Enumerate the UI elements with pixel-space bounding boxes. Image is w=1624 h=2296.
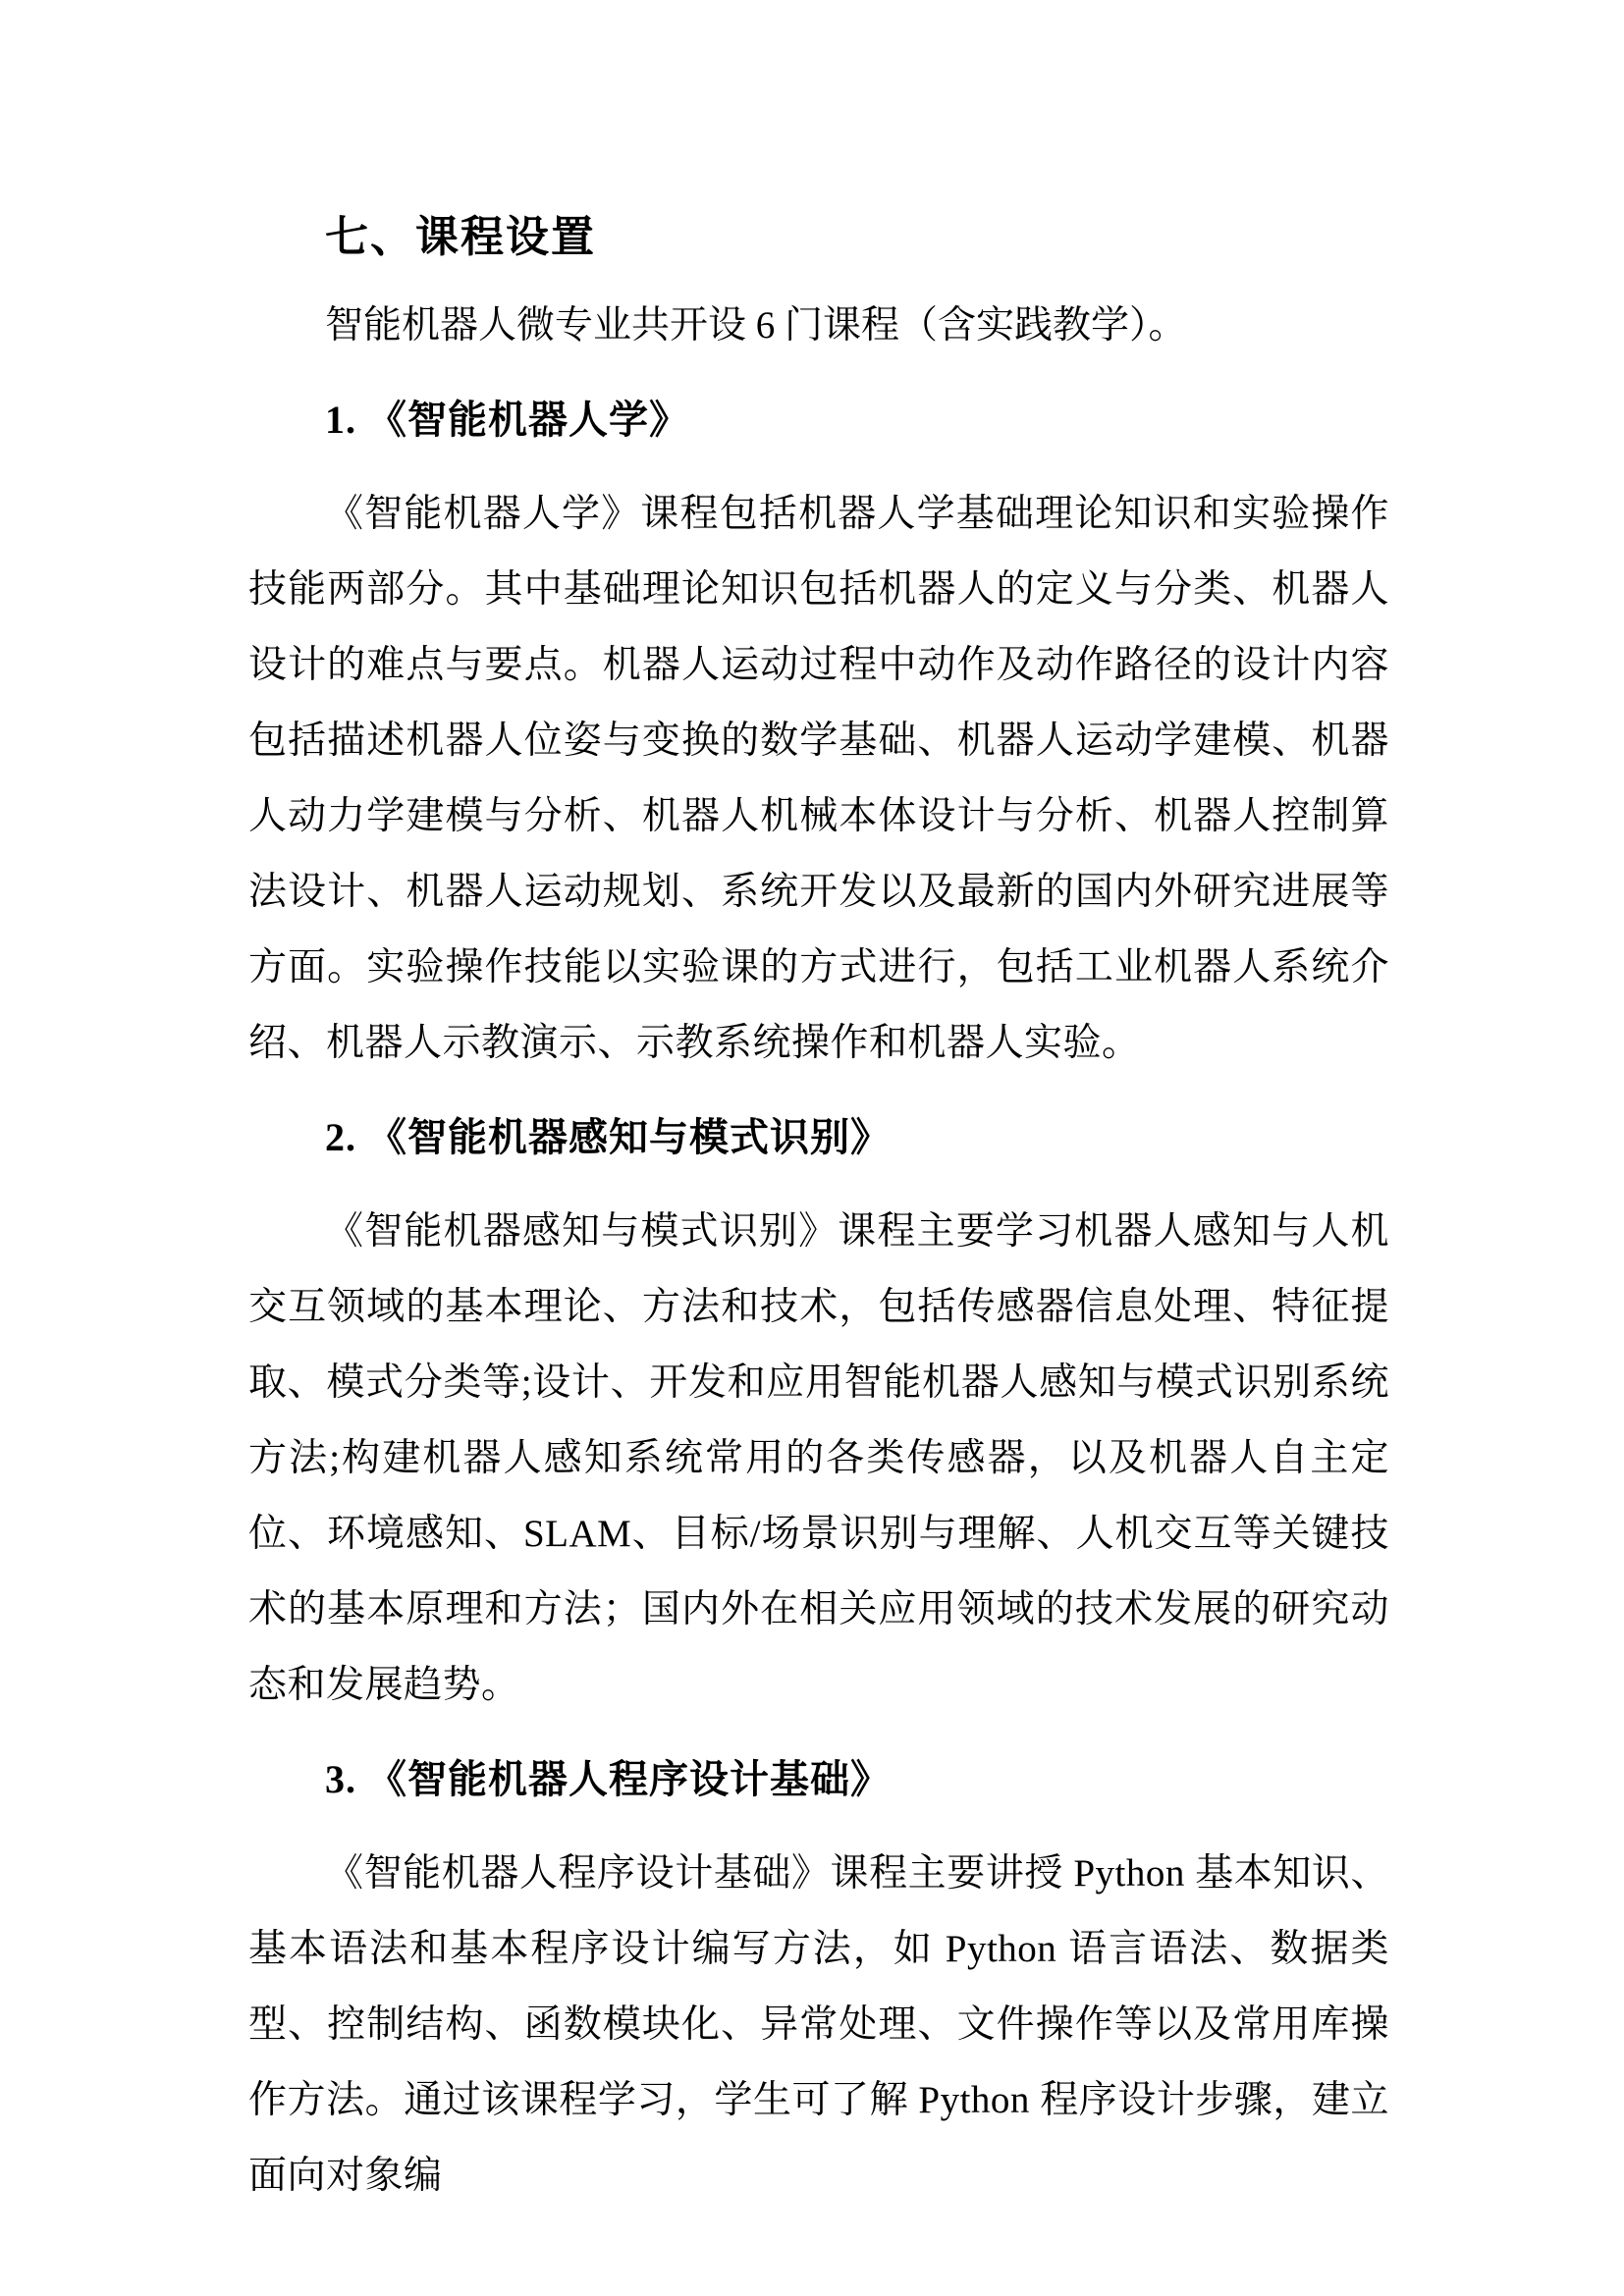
intro-paragraph: 智能机器人微专业共开设 6 门课程（含实践教学）。 [248, 288, 1389, 363]
section-1-title: 1. 《智能机器人学》 [248, 382, 1389, 457]
section-2-body: 《智能机器感知与模式识别》课程主要学习机器人感知与人机交互领域的基本理论、方法和… [248, 1194, 1389, 1723]
document-page: 七、课程设置 智能机器人微专业共开设 6 门课程（含实践教学）。 1. 《智能机… [0, 0, 1624, 2296]
chapter-heading: 七、课程设置 [248, 199, 1389, 275]
section-2-title: 2. 《智能机器感知与模式识别》 [248, 1099, 1389, 1175]
section-1-body: 《智能机器人学》课程包括机器人学基础理论知识和实验操作技能两部分。其中基础理论知… [248, 476, 1389, 1081]
document-content: 七、课程设置 智能机器人微专业共开设 6 门课程（含实践教学）。 1. 《智能机… [248, 199, 1389, 2214]
section-3-body: 《智能机器人程序设计基础》课程主要讲授 Python 基本知识、基本语法和基本程… [248, 1836, 1389, 2214]
section-3-title: 3. 《智能机器人程序设计基础》 [248, 1741, 1389, 1817]
